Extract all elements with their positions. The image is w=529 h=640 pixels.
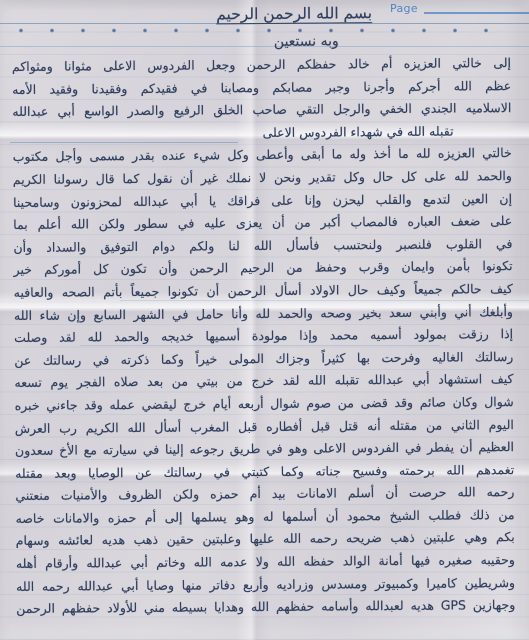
scanned-letter-photo: Page بسم الله الرحمن الرحيم وبه نستعين إ… — [0, 0, 529, 640]
basmala: بسم الله الرحمن الرحيم — [30, 3, 529, 25]
letter-body: إلى خالتي العزيزه أم خالد حفظكم الرحمن و… — [12, 52, 515, 621]
letter-line: إلى خالتي العزيزه أم خالد حفظكم الرحمن و… — [12, 52, 511, 79]
letter-line: كيف حالكم جميعاً وكيف حال الاولاد أسأل ا… — [14, 278, 513, 305]
letter-line: شوال وكان صائم وقد قضى من صوم شوال أربعه… — [15, 391, 514, 418]
letter-line: وجهازين GPS هديه لعبدالله وأسامه حفظهم ا… — [16, 594, 515, 621]
letter-line: والحمد لله على كل حال وكل تقدير ونحن لا … — [13, 165, 512, 192]
opening-phrase: وبه نستعين — [42, 32, 529, 52]
handwriting-layer: بسم الله الرحمن الرحيم وبه نستعين إلى خا… — [0, 0, 529, 640]
